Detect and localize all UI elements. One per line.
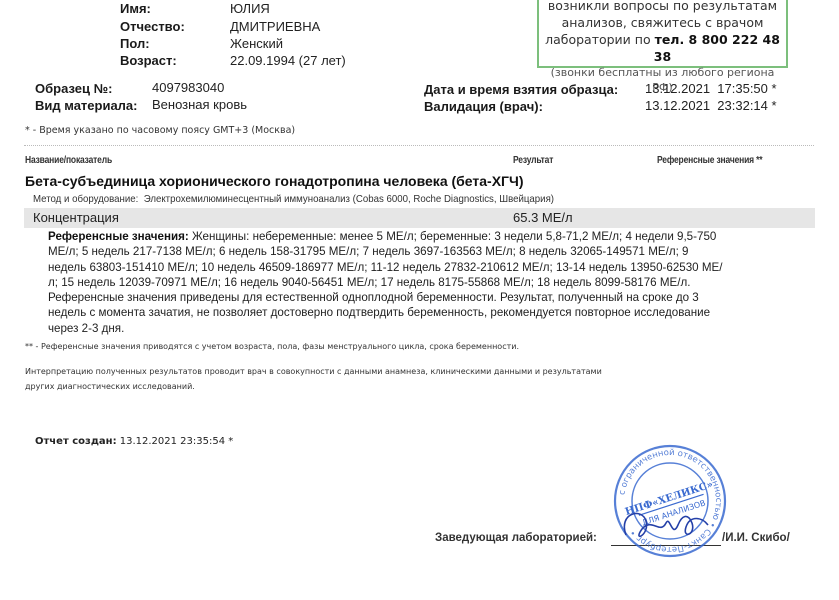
interpretation-note: Интерпретацию полученных результатов про… — [25, 364, 615, 394]
patient-name-label: Имя: — [120, 1, 151, 16]
result-row-concentration: Концентрация 65.3 МЕ/л — [24, 208, 815, 228]
column-header-result: Результат — [513, 155, 553, 166]
patient-name-row: Имя: ЮЛИЯ — [0, 1, 400, 19]
test-method: Метод и оборудование: Электрохемилюминес… — [33, 193, 554, 205]
report-created-label: Отчет создан: — [35, 436, 117, 447]
result-name: Концентрация — [33, 210, 119, 225]
patient-sex-label: Пол: — [120, 36, 150, 51]
sample-taken-value: 13.12.2021 17:35:50 * — [645, 81, 777, 96]
column-header-reference: Референсные значения ** — [657, 155, 762, 166]
reference-label: Референсные значения: — [48, 230, 189, 243]
sample-number-label: Образец №: — [35, 81, 112, 96]
info-line-3: лаборатории по тел. 8 800 222 48 38 — [539, 31, 786, 65]
patient-patronymic-row: Отчество: ДМИТРИЕВНА — [0, 19, 400, 37]
info-line-2: анализов, свяжитесь с врачом — [539, 14, 786, 31]
sample-number-value: 4097983040 — [152, 80, 224, 95]
material-label: Вид материала: — [35, 98, 138, 113]
lab-stamp: с ограниченной ответственностью • Санкт-… — [612, 443, 728, 559]
report-created-value: 13.12.2021 23:35:54 * — [117, 436, 234, 447]
signature-label: Заведующая лабораторией: — [435, 532, 597, 544]
patient-age-row: Возраст: 22.09.1994 (27 лет) — [0, 53, 400, 71]
column-header-name: Название/показатель — [25, 155, 112, 166]
validation-label: Валидация (врач): — [424, 99, 543, 114]
stamp-icon: с ограниченной ответственностью • Санкт-… — [612, 443, 728, 559]
patient-sex-value: Женский — [230, 36, 283, 51]
sample-taken-label: Дата и время взятия образца: — [424, 82, 618, 97]
info-phone: тел. 8 800 222 48 38 — [654, 32, 780, 64]
patient-patronymic-label: Отчество: — [120, 19, 185, 34]
timezone-note: * - Время указано по часовому поясу GMT+… — [25, 125, 295, 136]
patient-patronymic-value: ДМИТРИЕВНА — [230, 19, 320, 34]
reference-note: Референсные значения приведены для естес… — [48, 290, 728, 336]
info-line-3-prefix: лаборатории по — [545, 32, 654, 47]
validation-value: 13.12.2021 23:32:14 * — [645, 98, 777, 113]
patient-name-value: ЮЛИЯ — [230, 1, 270, 16]
test-title: Бета-субъединица хорионического гонадотр… — [25, 173, 523, 189]
reference-footnote: ** - Референсные значения приводятся с у… — [25, 342, 519, 351]
info-line-1: возникли вопросы по результатам — [539, 0, 786, 14]
patient-age-value: 22.09.1994 (27 лет) — [230, 53, 346, 68]
result-value: 65.3 МЕ/л — [513, 210, 573, 225]
divider — [24, 145, 814, 146]
patient-sex-row: Пол: Женский — [0, 36, 400, 54]
reference-values: Референсные значения: Женщины: неберемен… — [48, 229, 728, 336]
signature-name: /И.И. Скибо/ — [722, 532, 790, 544]
report-created: Отчет создан: 13.12.2021 23:35:54 * — [35, 436, 233, 447]
contact-info-box: возникли вопросы по результатам анализов… — [537, 0, 788, 68]
patient-age-label: Возраст: — [120, 53, 177, 68]
material-value: Венозная кровь — [152, 97, 247, 112]
